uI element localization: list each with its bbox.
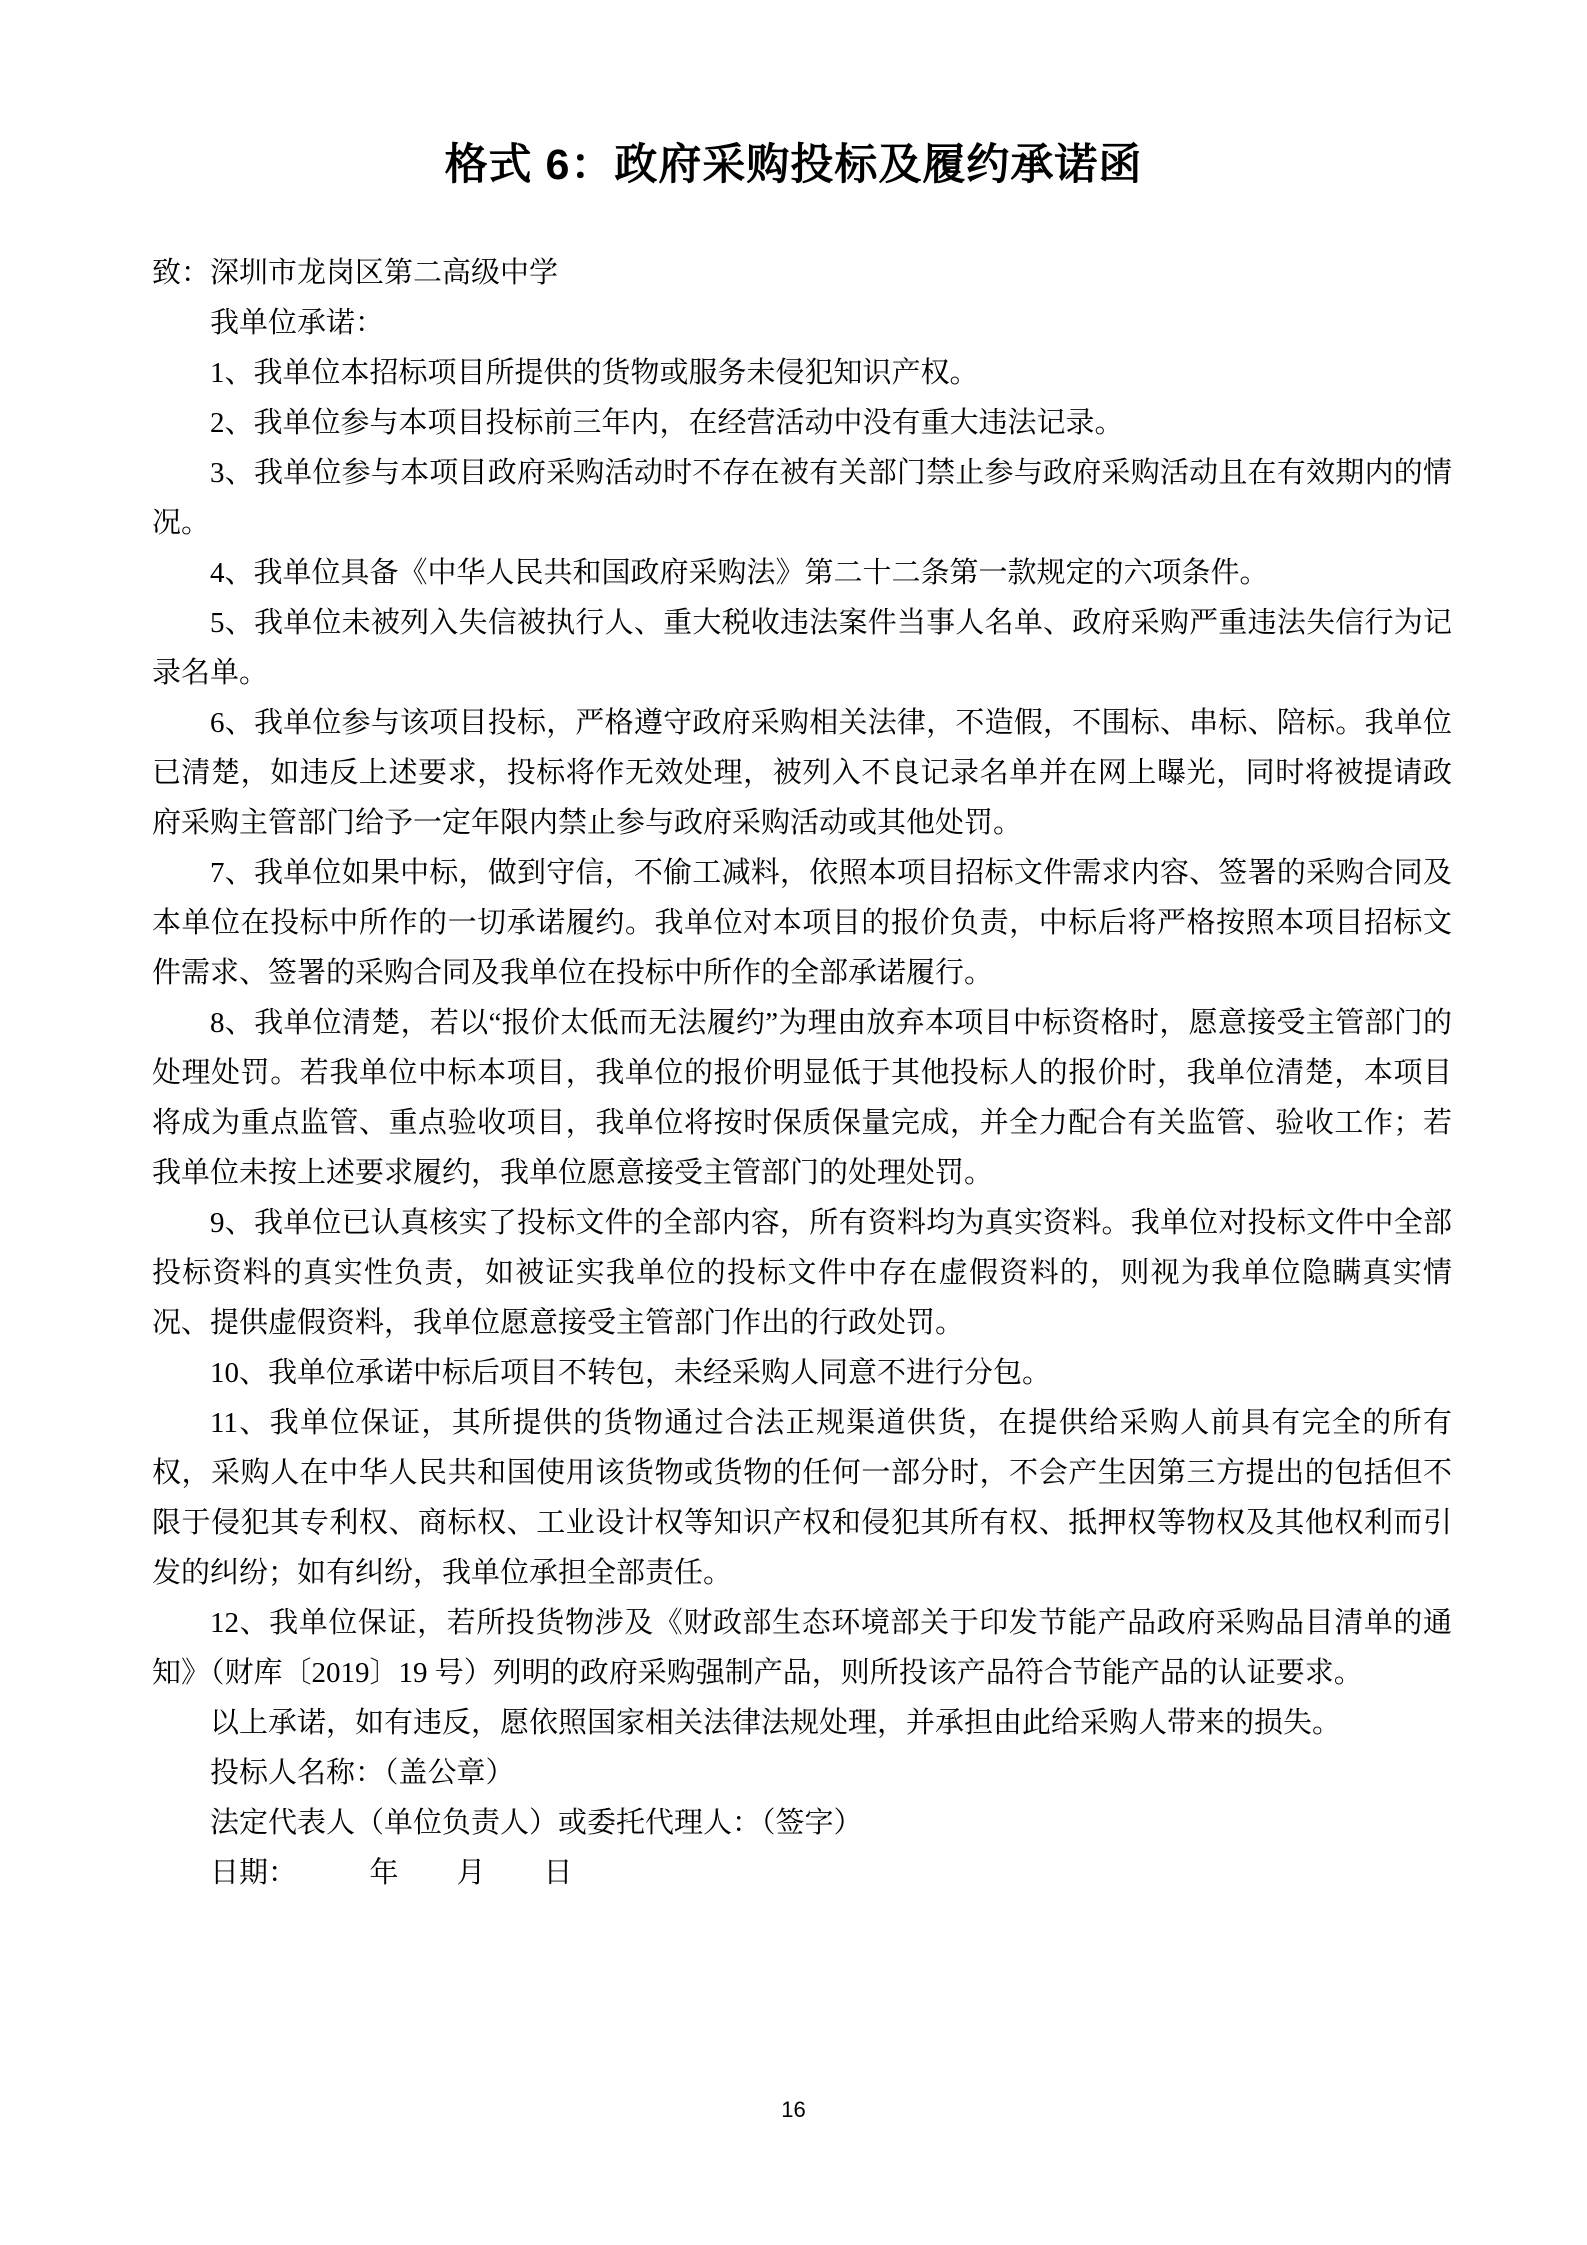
legal-representative-line: 法定代表人（单位负责人）或委托代理人：（签字） bbox=[152, 1798, 1452, 1848]
commitment-item-2: 2、我单位参与本项目投标前三年内，在经营活动中没有重大违法记录。 bbox=[152, 398, 1452, 448]
commitment-item-9: 9、我单位已认真核实了投标文件的全部内容，所有资料均为真实资料。我单位对投标文件… bbox=[152, 1198, 1452, 1348]
commitment-item-7: 7、我单位如果中标，做到守信，不偷工减料，依照本项目招标文件需求内容、签署的采购… bbox=[152, 848, 1452, 998]
commitment-item-10: 10、我单位承诺中标后项目不转包，未经采购人同意不进行分包。 bbox=[152, 1348, 1452, 1398]
document-page: 格式 6：政府采购投标及履约承诺函 致：深圳市龙岗区第二高级中学 我单位承诺： … bbox=[0, 0, 1587, 2245]
commitment-item-11: 11、我单位保证，其所提供的货物通过合法正规渠道供货，在提供给采购人前具有完全的… bbox=[152, 1398, 1452, 1598]
commitment-item-12: 12、我单位保证，若所投货物涉及《财政部生态环境部关于印发节能产品政府采购品目清… bbox=[152, 1598, 1452, 1698]
commitment-item-5: 5、我单位未被列入失信被执行人、重大税收违法案件当事人名单、政府采购严重违法失信… bbox=[152, 598, 1452, 698]
page-number: 16 bbox=[0, 2097, 1587, 2123]
bidder-name-line: 投标人名称：（盖公章） bbox=[152, 1748, 1452, 1798]
commitment-intro: 我单位承诺： bbox=[152, 298, 1452, 348]
document-body: 致：深圳市龙岗区第二高级中学 我单位承诺： 1、我单位本招标项目所提供的货物或服… bbox=[152, 248, 1452, 1898]
commitment-item-3: 3、我单位参与本项目政府采购活动时不存在被有关部门禁止参与政府采购活动且在有效期… bbox=[152, 448, 1452, 548]
date-line: 日期： 年 月 日 bbox=[152, 1848, 1452, 1898]
commitment-item-8: 8、我单位清楚，若以“报价太低而无法履约”为理由放弃本项目中标资格时，愿意接受主… bbox=[152, 998, 1452, 1198]
commitment-item-1: 1、我单位本招标项目所提供的货物或服务未侵犯知识产权。 bbox=[152, 348, 1452, 398]
salutation-line: 致：深圳市龙岗区第二高级中学 bbox=[152, 248, 1452, 298]
closing-statement: 以上承诺，如有违反，愿依照国家相关法律法规处理，并承担由此给采购人带来的损失。 bbox=[152, 1698, 1452, 1748]
commitment-item-6: 6、我单位参与该项目投标，严格遵守政府采购相关法律，不造假，不围标、串标、陪标。… bbox=[152, 698, 1452, 848]
document-title: 格式 6：政府采购投标及履约承诺函 bbox=[0, 138, 1587, 192]
commitment-item-4: 4、我单位具备《中华人民共和国政府采购法》第二十二条第一款规定的六项条件。 bbox=[152, 548, 1452, 598]
